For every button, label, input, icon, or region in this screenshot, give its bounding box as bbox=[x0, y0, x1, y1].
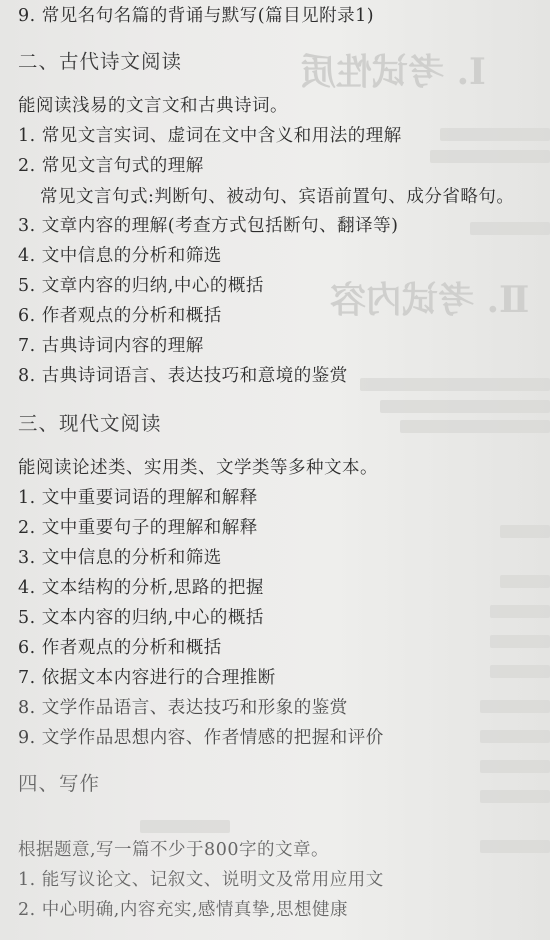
list-item: 5. 文本内容的归纳,中心的概括 bbox=[18, 604, 264, 629]
list-item: 2. 常见文言句式的理解 bbox=[18, 152, 204, 177]
bleed-through-smudge bbox=[480, 840, 550, 853]
bleed-through-smudge bbox=[440, 128, 550, 141]
section-heading-classical-reading: 二、古代诗文阅读 bbox=[18, 46, 182, 74]
list-item: 5. 文章内容的归纳,中心的概括 bbox=[18, 272, 264, 297]
list-item: 1. 文中重要词语的理解和解释 bbox=[18, 484, 258, 509]
list-item: 3. 文章内容的理解(考查方式包括断句、翻译等) bbox=[18, 212, 398, 237]
list-item: 2. 中心明确,内容充实,感情真挚,思想健康 bbox=[18, 896, 348, 921]
bleed-through-smudge bbox=[430, 150, 550, 163]
bleed-through-smudge bbox=[480, 790, 550, 803]
list-item: 6. 作者观点的分析和概括 bbox=[18, 634, 222, 659]
list-item: 3. 文中信息的分析和筛选 bbox=[18, 544, 222, 569]
bleed-through-heading-2: Ⅱ. 考试内容 bbox=[330, 272, 529, 323]
bleed-through-smudge bbox=[380, 400, 550, 413]
list-item: 8. 文学作品语言、表达技巧和形象的鉴赏 bbox=[18, 694, 348, 719]
list-item: 1. 能写议论文、记叙文、说明文及常用应用文 bbox=[18, 866, 384, 891]
list-item-note: 常见文言句式:判断句、被动句、宾语前置句、成分省略句。 bbox=[40, 183, 514, 208]
section-intro: 根据题意,写一篇不少于800字的文章。 bbox=[18, 836, 329, 861]
bleed-through-smudge bbox=[480, 700, 550, 713]
bleed-through-heading-1: Ⅰ. 考试性质 bbox=[300, 44, 486, 95]
section-intro: 能阅读论述类、实用类、文学类等多种文本。 bbox=[18, 454, 378, 479]
list-item: 9. 常见名句名篇的背诵与默写(篇目见附录1) bbox=[18, 2, 374, 27]
scanned-page: Ⅰ. 考试性质 Ⅱ. 考试内容 9. 常见名句名篇的背诵与默写(篇目见附录1) … bbox=[0, 0, 550, 940]
bleed-through-smudge bbox=[470, 222, 550, 235]
bleed-through-smudge bbox=[360, 378, 550, 391]
section-heading-modern-reading: 三、现代文阅读 bbox=[18, 408, 162, 436]
bleed-through-smudge bbox=[480, 730, 550, 743]
list-item: 2. 文中重要句子的理解和解释 bbox=[18, 514, 258, 539]
list-item: 4. 文中信息的分析和筛选 bbox=[18, 242, 222, 267]
bleed-through-smudge bbox=[140, 820, 230, 833]
list-item: 4. 文本结构的分析,思路的把握 bbox=[18, 574, 264, 599]
list-item: 9. 文学作品思想内容、作者情感的把握和评价 bbox=[18, 724, 384, 749]
bleed-through-smudge bbox=[500, 525, 550, 538]
section-intro: 能阅读浅易的文言文和古典诗词。 bbox=[18, 92, 288, 117]
list-item: 7. 依据文本内容进行的合理推断 bbox=[18, 664, 276, 689]
section-heading-writing: 四、写作 bbox=[18, 768, 100, 796]
bleed-through-smudge bbox=[500, 575, 550, 588]
bleed-through-smudge bbox=[480, 760, 550, 773]
list-item: 1. 常见文言实词、虚词在文中含义和用法的理解 bbox=[18, 122, 402, 147]
list-item: 7. 古典诗词内容的理解 bbox=[18, 332, 204, 357]
list-item: 6. 作者观点的分析和概括 bbox=[18, 302, 222, 327]
list-item: 8. 古典诗词语言、表达技巧和意境的鉴赏 bbox=[18, 362, 348, 387]
bleed-through-smudge bbox=[490, 605, 550, 618]
bleed-through-smudge bbox=[490, 635, 550, 648]
bleed-through-smudge bbox=[490, 665, 550, 678]
bleed-through-smudge bbox=[400, 420, 550, 433]
